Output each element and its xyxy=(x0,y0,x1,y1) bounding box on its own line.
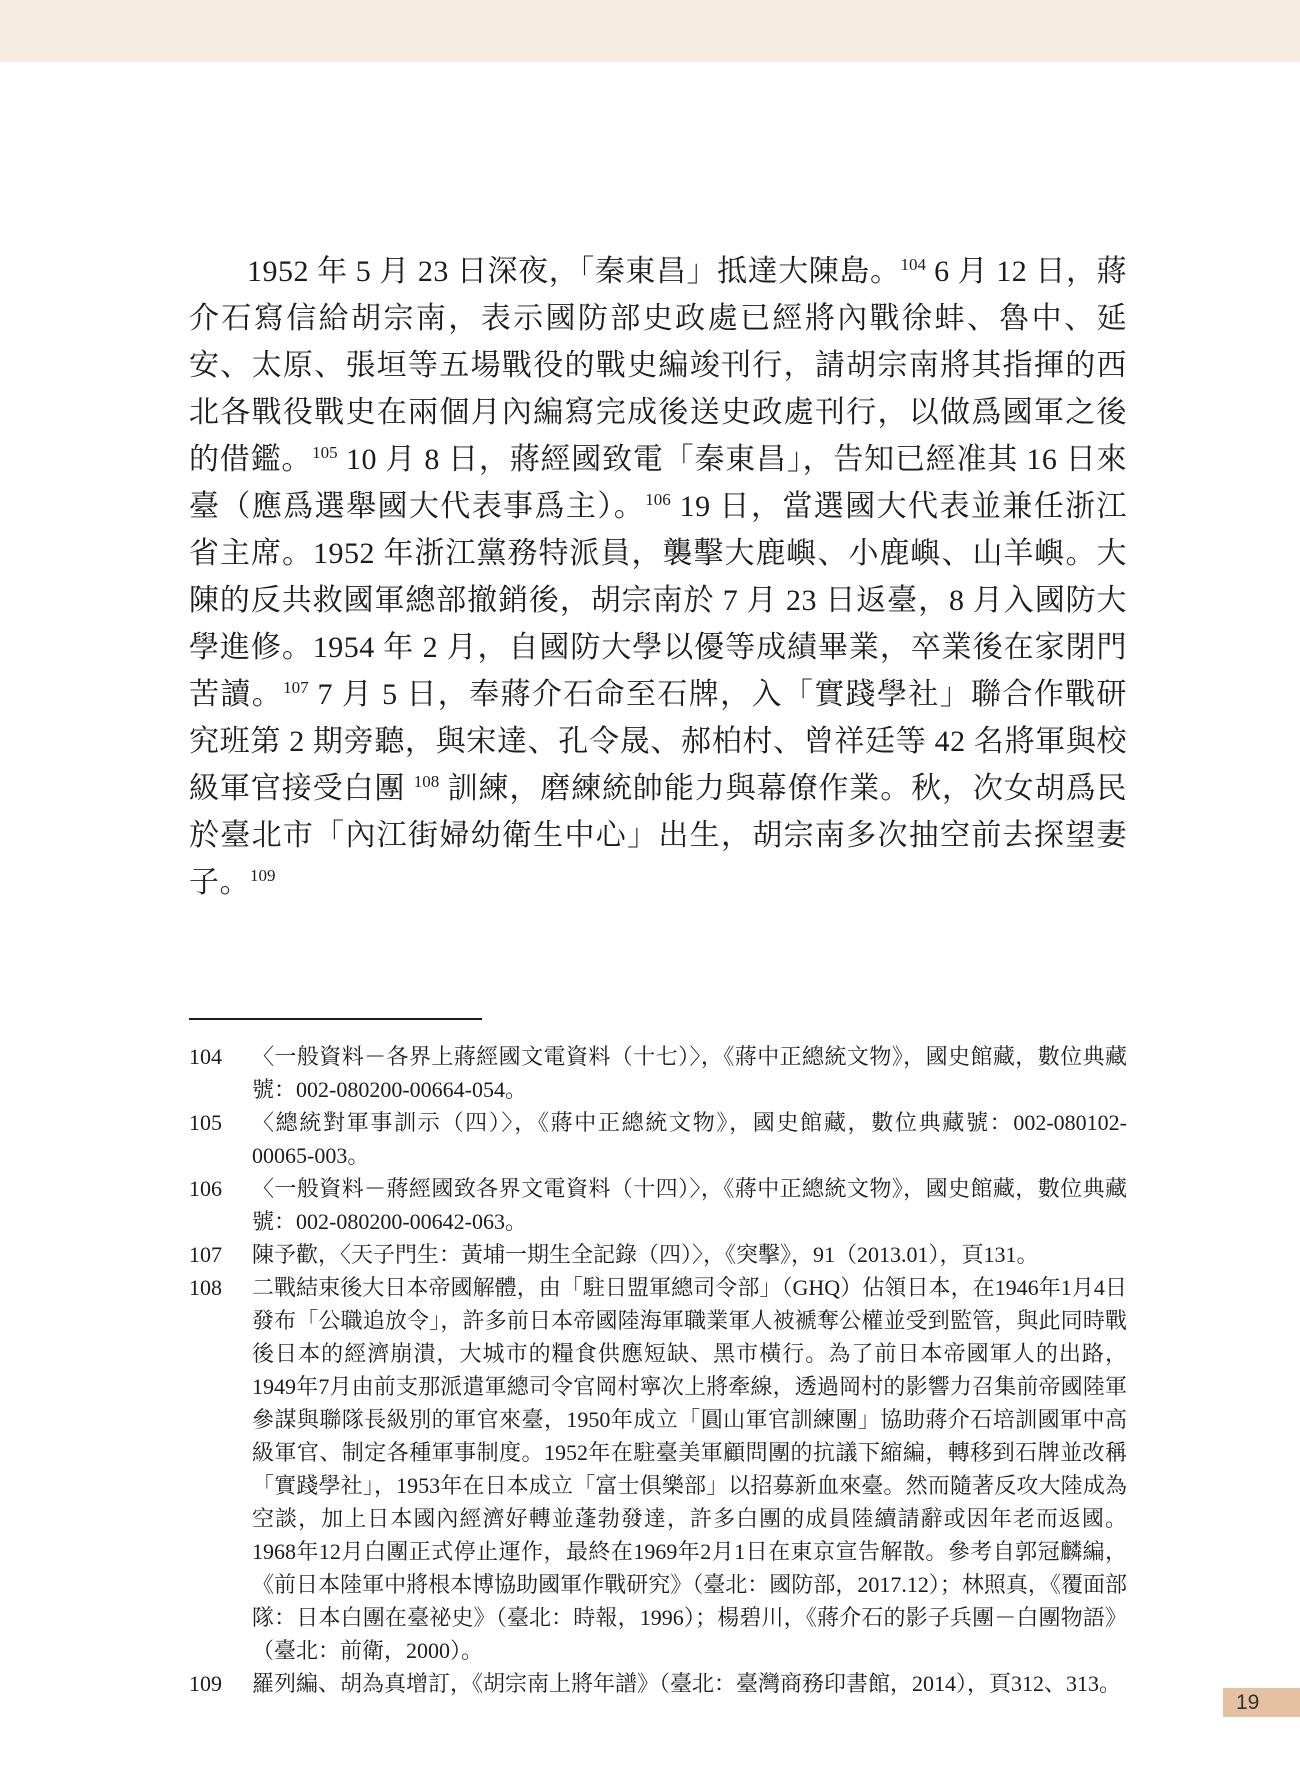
page-number-badge: 19 xyxy=(1223,1688,1300,1717)
footnote-text: 〈一般資料－各界上蔣經國文電資料（十七）〉，《蔣中正總統文物》，國史館藏，數位典… xyxy=(252,1040,1127,1106)
footnote-marker: 104 xyxy=(901,255,927,274)
footnote-text: 羅列編、胡為真增訂，《胡宗南上將年譜》（臺北：臺灣商務印書館，2014），頁31… xyxy=(252,1667,1127,1700)
footnote-item: 104〈一般資料－各界上蔣經國文電資料（十七）〉，《蔣中正總統文物》，國史館藏，… xyxy=(189,1040,1127,1106)
footnotes-section: 104〈一般資料－各界上蔣經國文電資料（十七）〉，《蔣中正總統文物》，國史館藏，… xyxy=(189,1040,1127,1700)
footnote-marker: 107 xyxy=(283,678,309,697)
footnote-marker: 106 xyxy=(645,490,671,509)
footnote-number: 106 xyxy=(189,1172,252,1205)
footnote-number: 105 xyxy=(189,1106,252,1139)
footnote-marker: 109 xyxy=(250,866,276,885)
footnote-number: 109 xyxy=(189,1667,252,1700)
footnote-item: 109羅列編、胡為真增訂，《胡宗南上將年譜》（臺北：臺灣商務印書館，2014），… xyxy=(189,1667,1127,1700)
body-text-segment: 1952 年 5 月 23 日深夜，「秦東昌」抵達大陳島。 xyxy=(247,255,901,288)
footnote-marker: 105 xyxy=(312,443,338,462)
footnote-text: 二戰結束後大日本帝國解體，由「駐日盟軍總司令部」（GHQ）佔領日本，在1946年… xyxy=(252,1271,1127,1667)
page-content: 1952 年 5 月 23 日深夜，「秦東昌」抵達大陳島。104 6 月 12 … xyxy=(189,218,1127,1700)
footnote-item: 105〈總統對軍事訓示（四）〉，《蔣中正總統文物》，國史館藏，數位典藏號：002… xyxy=(189,1106,1127,1172)
book-page: 1952 年 5 月 23 日深夜，「秦東昌」抵達大陳島。104 6 月 12 … xyxy=(0,0,1300,1778)
footnote-text: 陳予歡，〈天子門生：黃埔一期生全記錄（四）〉，《突擊》，91（2013.01），… xyxy=(252,1238,1127,1271)
page-number: 19 xyxy=(1223,1691,1259,1715)
footnote-number: 108 xyxy=(189,1271,252,1304)
footnote-separator-rule xyxy=(189,1018,482,1020)
footnote-item: 108二戰結束後大日本帝國解體，由「駐日盟軍總司令部」（GHQ）佔領日本，在19… xyxy=(189,1271,1127,1667)
footnote-item: 106〈一般資料－蔣經國致各界文電資料（十四）〉，《蔣中正總統文物》，國史館藏，… xyxy=(189,1172,1127,1238)
footnote-number: 107 xyxy=(189,1238,252,1271)
footnote-marker: 108 xyxy=(414,772,440,791)
footnote-item: 107陳予歡，〈天子門生：黃埔一期生全記錄（四）〉，《突擊》，91（2013.0… xyxy=(189,1238,1127,1271)
top-margin-band xyxy=(0,0,1300,62)
footnote-text: 〈一般資料－蔣經國致各界文電資料（十四）〉，《蔣中正總統文物》，國史館藏，數位典… xyxy=(252,1172,1127,1238)
body-paragraph: 1952 年 5 月 23 日深夜，「秦東昌」抵達大陳島。104 6 月 12 … xyxy=(189,248,1127,906)
footnote-number: 104 xyxy=(189,1040,252,1073)
footnote-text: 〈總統對軍事訓示（四）〉，《蔣中正總統文物》，國史館藏，數位典藏號：002-08… xyxy=(252,1106,1127,1172)
